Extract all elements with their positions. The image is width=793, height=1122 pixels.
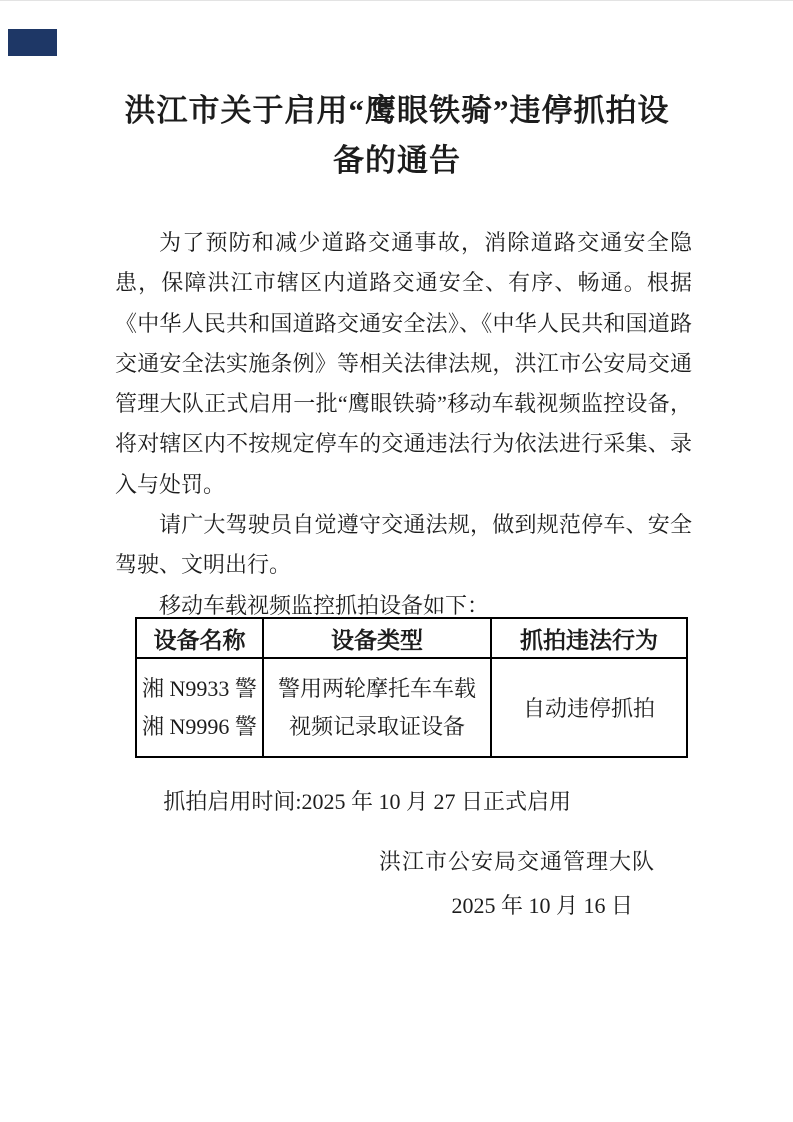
notice-body: 为了预防和减少道路交通事故，消除道路交通安全隐患，保障洪江市辖区内道路交通安全、… — [115, 223, 692, 626]
device-table-header: 设备名称 设备类型 抓拍违法行为 — [136, 618, 687, 658]
corner-mark — [8, 29, 57, 56]
device-name-1: 湘 N9933 警 — [137, 670, 262, 708]
header-device-type: 设备类型 — [263, 618, 491, 658]
device-type-line-2: 视频记录取证设备 — [264, 708, 490, 746]
header-device-name: 设备名称 — [136, 618, 263, 658]
notice-title: 洪江市关于启用“鹰眼铁骑”违停抓拍设 备的通告 — [99, 86, 695, 186]
signature-block: 洪江市公安局交通管理大队 2025 年 10 月 16 日 — [99, 846, 695, 921]
notice-title-line-1: 洪江市关于启用“鹰眼铁骑”违停抓拍设 — [99, 86, 695, 136]
device-name-2: 湘 N9996 警 — [137, 708, 262, 746]
activation-note: 抓拍启用时间:2025 年 10 月 27 日正式启用 — [115, 786, 692, 817]
header-violation: 抓拍违法行为 — [491, 618, 687, 658]
device-table: 设备名称 设备类型 抓拍违法行为 湘 N9933 警 湘 N9996 警 警用两… — [135, 617, 688, 758]
notice-page: 洪江市关于启用“鹰眼铁骑”违停抓拍设 备的通告 为了预防和减少道路交通事故，消除… — [0, 0, 793, 1122]
body-paragraph-2: 请广大驾驶员自觉遵守交通法规，做到规范停车、安全驾驶、文明出行。 — [115, 505, 692, 586]
body-paragraph-1: 为了预防和减少道路交通事故，消除道路交通安全隐患，保障洪江市辖区内道路交通安全、… — [115, 223, 692, 505]
signature-agency: 洪江市公安局交通管理大队 — [99, 846, 695, 877]
table-row: 湘 N9933 警 湘 N9996 警 警用两轮摩托车车载 视频记录取证设备 自… — [136, 658, 687, 757]
signature-date: 2025 年 10 月 16 日 — [99, 890, 695, 921]
device-type-line-1: 警用两轮摩托车车载 — [264, 670, 490, 708]
cell-device-names: 湘 N9933 警 湘 N9996 警 — [136, 658, 263, 757]
header-row: 设备名称 设备类型 抓拍违法行为 — [136, 618, 687, 658]
cell-violation: 自动违停抓拍 — [491, 658, 687, 757]
cell-device-type: 警用两轮摩托车车载 视频记录取证设备 — [263, 658, 491, 757]
page-top-edge — [0, 0, 793, 1]
device-table-body: 湘 N9933 警 湘 N9996 警 警用两轮摩托车车载 视频记录取证设备 自… — [136, 658, 687, 757]
notice-title-line-2: 备的通告 — [99, 136, 695, 186]
